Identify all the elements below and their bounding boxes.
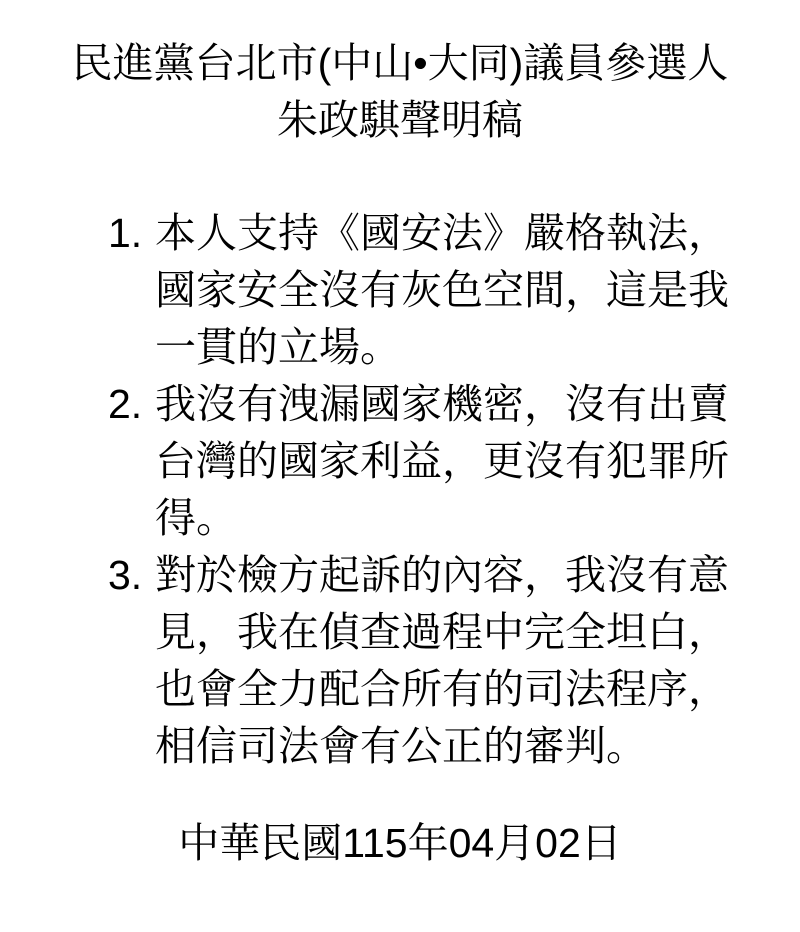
statement-title: 民進黨台北市(中山•大同)議員參選人 朱政騏聲明稿 [0,35,800,149]
statement-item-2: 2. 我沒有洩漏國家機密，沒有出賣 台灣的國家利益，更沒有犯罪所 得。 [108,376,800,547]
statement-item-3-number: 3. [108,547,155,604]
statement-document: 民進黨台北市(中山•大同)議員參選人 朱政騏聲明稿 1. 本人支持《國安法》嚴格… [0,0,800,932]
statement-item-3-text: 對於檢方起訴的內容，我沒有意 見，我在偵查過程中完全坦白， 也會全力配合所有的司… [155,547,755,775]
statement-item-1-number: 1. [108,205,155,262]
statement-item-1-text: 本人支持《國安法》嚴格執法， 國家安全沒有灰色空間，這是我 一貫的立場。 [155,205,755,376]
statement-item-2-number: 2. [108,376,155,433]
statement-item-2-text: 我沒有洩漏國家機密，沒有出賣 台灣的國家利益，更沒有犯罪所 得。 [155,376,755,547]
statement-item-1: 1. 本人支持《國安法》嚴格執法， 國家安全沒有灰色空間，這是我 一貫的立場。 [108,205,800,376]
statement-item-3: 3. 對於檢方起訴的內容，我沒有意 見，我在偵查過程中完全坦白， 也會全力配合所… [108,547,800,775]
statement-date: 中華民國115年04月02日 [0,815,800,872]
statement-list: 1. 本人支持《國安法》嚴格執法， 國家安全沒有灰色空間，這是我 一貫的立場。 … [108,205,800,775]
